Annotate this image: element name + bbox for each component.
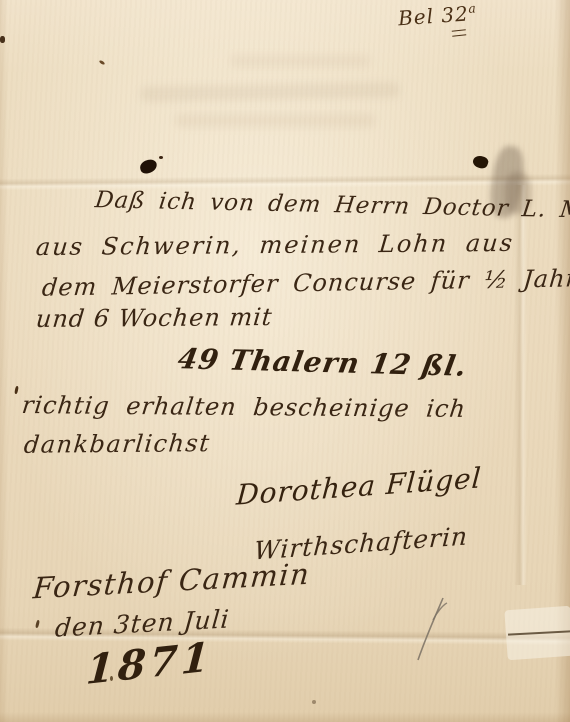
place-line: Forsthof Cammin — [32, 559, 312, 606]
annotation-underline — [452, 29, 467, 36]
letter-page: Bel 32a Daß ich von dem Herrn Doctor L. … — [0, 0, 570, 722]
left-edge-shadow — [0, 0, 8, 722]
ink-speck — [14, 386, 19, 394]
tape-artifact-line — [508, 630, 570, 635]
ink-speck — [159, 156, 163, 159]
ink-blot — [139, 158, 159, 175]
bottom-edge-shadow — [0, 712, 570, 722]
bleed-through-ghost — [230, 55, 370, 67]
body-line-4: und 6 Wochen mit — [35, 304, 274, 332]
annotation-text: Bel 32 — [397, 2, 469, 31]
ink-speck — [0, 36, 5, 43]
body-line-1: Daß ich von dem Herrn Doctor L. Marcus — [93, 188, 570, 225]
pencil-check-mark-icon — [395, 592, 455, 667]
tape-artifact — [504, 606, 570, 660]
ink-speck — [312, 700, 316, 704]
body-line-2: aus Schwerin, meinen Lohn aus — [35, 230, 516, 261]
ink-speck — [99, 60, 106, 66]
amount-line: 49 Thalern 12 ßl. — [175, 344, 469, 382]
annotation-top-right: Bel 32a — [397, 1, 478, 29]
right-edge-shadow — [555, 0, 570, 722]
ink-speck — [35, 620, 40, 628]
bleed-through-ghost — [175, 114, 375, 127]
closing-line-1: richtig erhalten bescheinige ich — [21, 392, 468, 422]
signature-name: Dorothea Flügel — [235, 463, 482, 511]
year: 1871 — [85, 635, 215, 693]
annotation-superscript: a — [468, 0, 477, 16]
bleed-through-ghost — [140, 82, 400, 103]
fold-crease-horizontal-top — [0, 173, 570, 190]
body-line-3: dem Meierstorfer Concurse für ½ Jahr — [41, 265, 570, 301]
fold-crease-vertical-right — [514, 185, 527, 585]
closing-line-2: dankbarlichst — [23, 430, 212, 458]
ink-blot — [471, 154, 489, 170]
